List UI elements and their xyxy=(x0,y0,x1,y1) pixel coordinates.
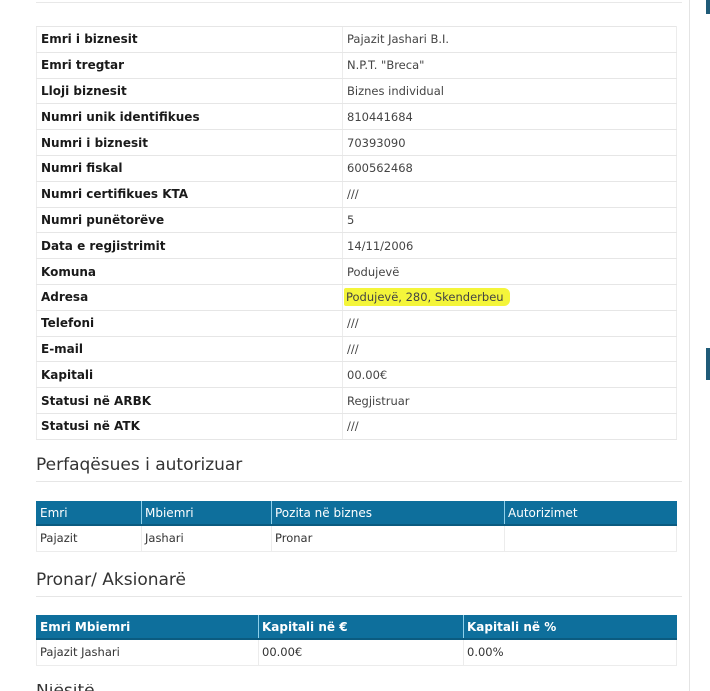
representatives-section-title: Perfaqësues i autorizuar xyxy=(36,455,682,482)
info-label: Numri fiskal xyxy=(37,155,343,181)
info-value: Biznes individual xyxy=(343,78,677,104)
table-cell xyxy=(505,525,677,551)
info-row: Numri i biznesit70393090 xyxy=(37,130,677,156)
info-row: Emri tregtarN.P.T. "Breca" xyxy=(37,52,677,78)
info-label: Numri i biznesit xyxy=(37,130,343,156)
info-value: Pajazit Jashari B.I. xyxy=(343,27,677,53)
owners-table: Emri MbiemriKapitali në €Kapitali në % P… xyxy=(36,615,677,666)
info-label: Adresa xyxy=(37,284,343,310)
info-value: 70393090 xyxy=(343,130,677,156)
side-accent-marker xyxy=(706,0,710,14)
column-header: Autorizimet xyxy=(505,501,677,525)
column-header: Kapitali në € xyxy=(259,615,464,639)
info-row: Statusi në ARBKRegjistruar xyxy=(37,388,677,414)
business-info-table: Emri i biznesitPajazit Jashari B.I.Emri … xyxy=(36,26,677,440)
info-value: Podujevë, 280, Skenderbeu xyxy=(343,284,677,310)
table-cell: Pajazit xyxy=(37,525,142,551)
info-label: Statusi në ATK xyxy=(37,413,343,439)
table-cell: Pronar xyxy=(272,525,505,551)
table-cell: Jashari xyxy=(142,525,272,551)
table-cell: Pajazit Jashari xyxy=(37,639,259,665)
info-label: Emri tregtar xyxy=(37,52,343,78)
info-row: Numri certifikues KTA/// xyxy=(37,181,677,207)
info-value: N.P.T. "Breca" xyxy=(343,52,677,78)
info-label: Numri unik identifikues xyxy=(37,104,343,130)
table-cell: 0.00% xyxy=(464,639,677,665)
side-panel-edge xyxy=(706,0,710,691)
info-label: Emri i biznesit xyxy=(37,27,343,53)
business-details-panel: Emri i biznesitPajazit Jashari B.I.Emri … xyxy=(0,0,690,691)
info-row: Numri fiskal600562468 xyxy=(37,155,677,181)
info-value: 810441684 xyxy=(343,104,677,130)
column-header: Kapitali në % xyxy=(464,615,677,639)
info-value: /// xyxy=(343,181,677,207)
info-value: Regjistruar xyxy=(343,388,677,414)
representatives-table: EmriMbiemriPozita në biznesAutorizimet P… xyxy=(36,501,677,552)
column-header: Mbiemri xyxy=(142,501,272,525)
info-value: 00.00€ xyxy=(343,362,677,388)
info-label: Statusi në ARBK xyxy=(37,388,343,414)
next-section-title: Njësitë xyxy=(36,684,95,691)
info-row: AdresaPodujevë, 280, Skenderbeu xyxy=(37,284,677,310)
info-value: 5 xyxy=(343,207,677,233)
info-value: /// xyxy=(343,336,677,362)
column-header: Pozita në biznes xyxy=(272,501,505,525)
owners-section-title: Pronar/ Aksionarë xyxy=(36,570,682,597)
info-row: KomunaPodujevë xyxy=(37,259,677,285)
table-row: Pajazit Jashari00.00€0.00% xyxy=(37,639,677,665)
column-header: Emri Mbiemri xyxy=(37,615,259,639)
info-row: Kapitali00.00€ xyxy=(37,362,677,388)
info-label: Komuna xyxy=(37,259,343,285)
info-row: Data e regjistrimit14/11/2006 xyxy=(37,233,677,259)
info-row: Numri punëtorëve5 xyxy=(37,207,677,233)
info-label: Numri punëtorëve xyxy=(37,207,343,233)
table-row: PajazitJashariPronar xyxy=(37,525,677,551)
info-label: E-mail xyxy=(37,336,343,362)
top-section-divider xyxy=(36,0,682,3)
side-accent-marker xyxy=(706,348,710,380)
info-row: Statusi në ATK/// xyxy=(37,413,677,439)
info-value: 14/11/2006 xyxy=(343,233,677,259)
info-label: Telefoni xyxy=(37,310,343,336)
info-label: Numri certifikues KTA xyxy=(37,181,343,207)
info-value: 600562468 xyxy=(343,155,677,181)
info-label: Data e regjistrimit xyxy=(37,233,343,259)
info-row: Emri i biznesitPajazit Jashari B.I. xyxy=(37,27,677,53)
info-row: Lloji biznesitBiznes individual xyxy=(37,78,677,104)
info-row: Numri unik identifikues810441684 xyxy=(37,104,677,130)
info-label: Kapitali xyxy=(37,362,343,388)
info-value: Podujevë xyxy=(343,259,677,285)
column-header: Emri xyxy=(37,501,142,525)
info-row: E-mail/// xyxy=(37,336,677,362)
info-value: /// xyxy=(343,310,677,336)
info-row: Telefoni/// xyxy=(37,310,677,336)
info-label: Lloji biznesit xyxy=(37,78,343,104)
table-cell: 00.00€ xyxy=(259,639,464,665)
highlighted-address: Podujevë, 280, Skenderbeu xyxy=(344,288,510,306)
info-value: /// xyxy=(343,413,677,439)
